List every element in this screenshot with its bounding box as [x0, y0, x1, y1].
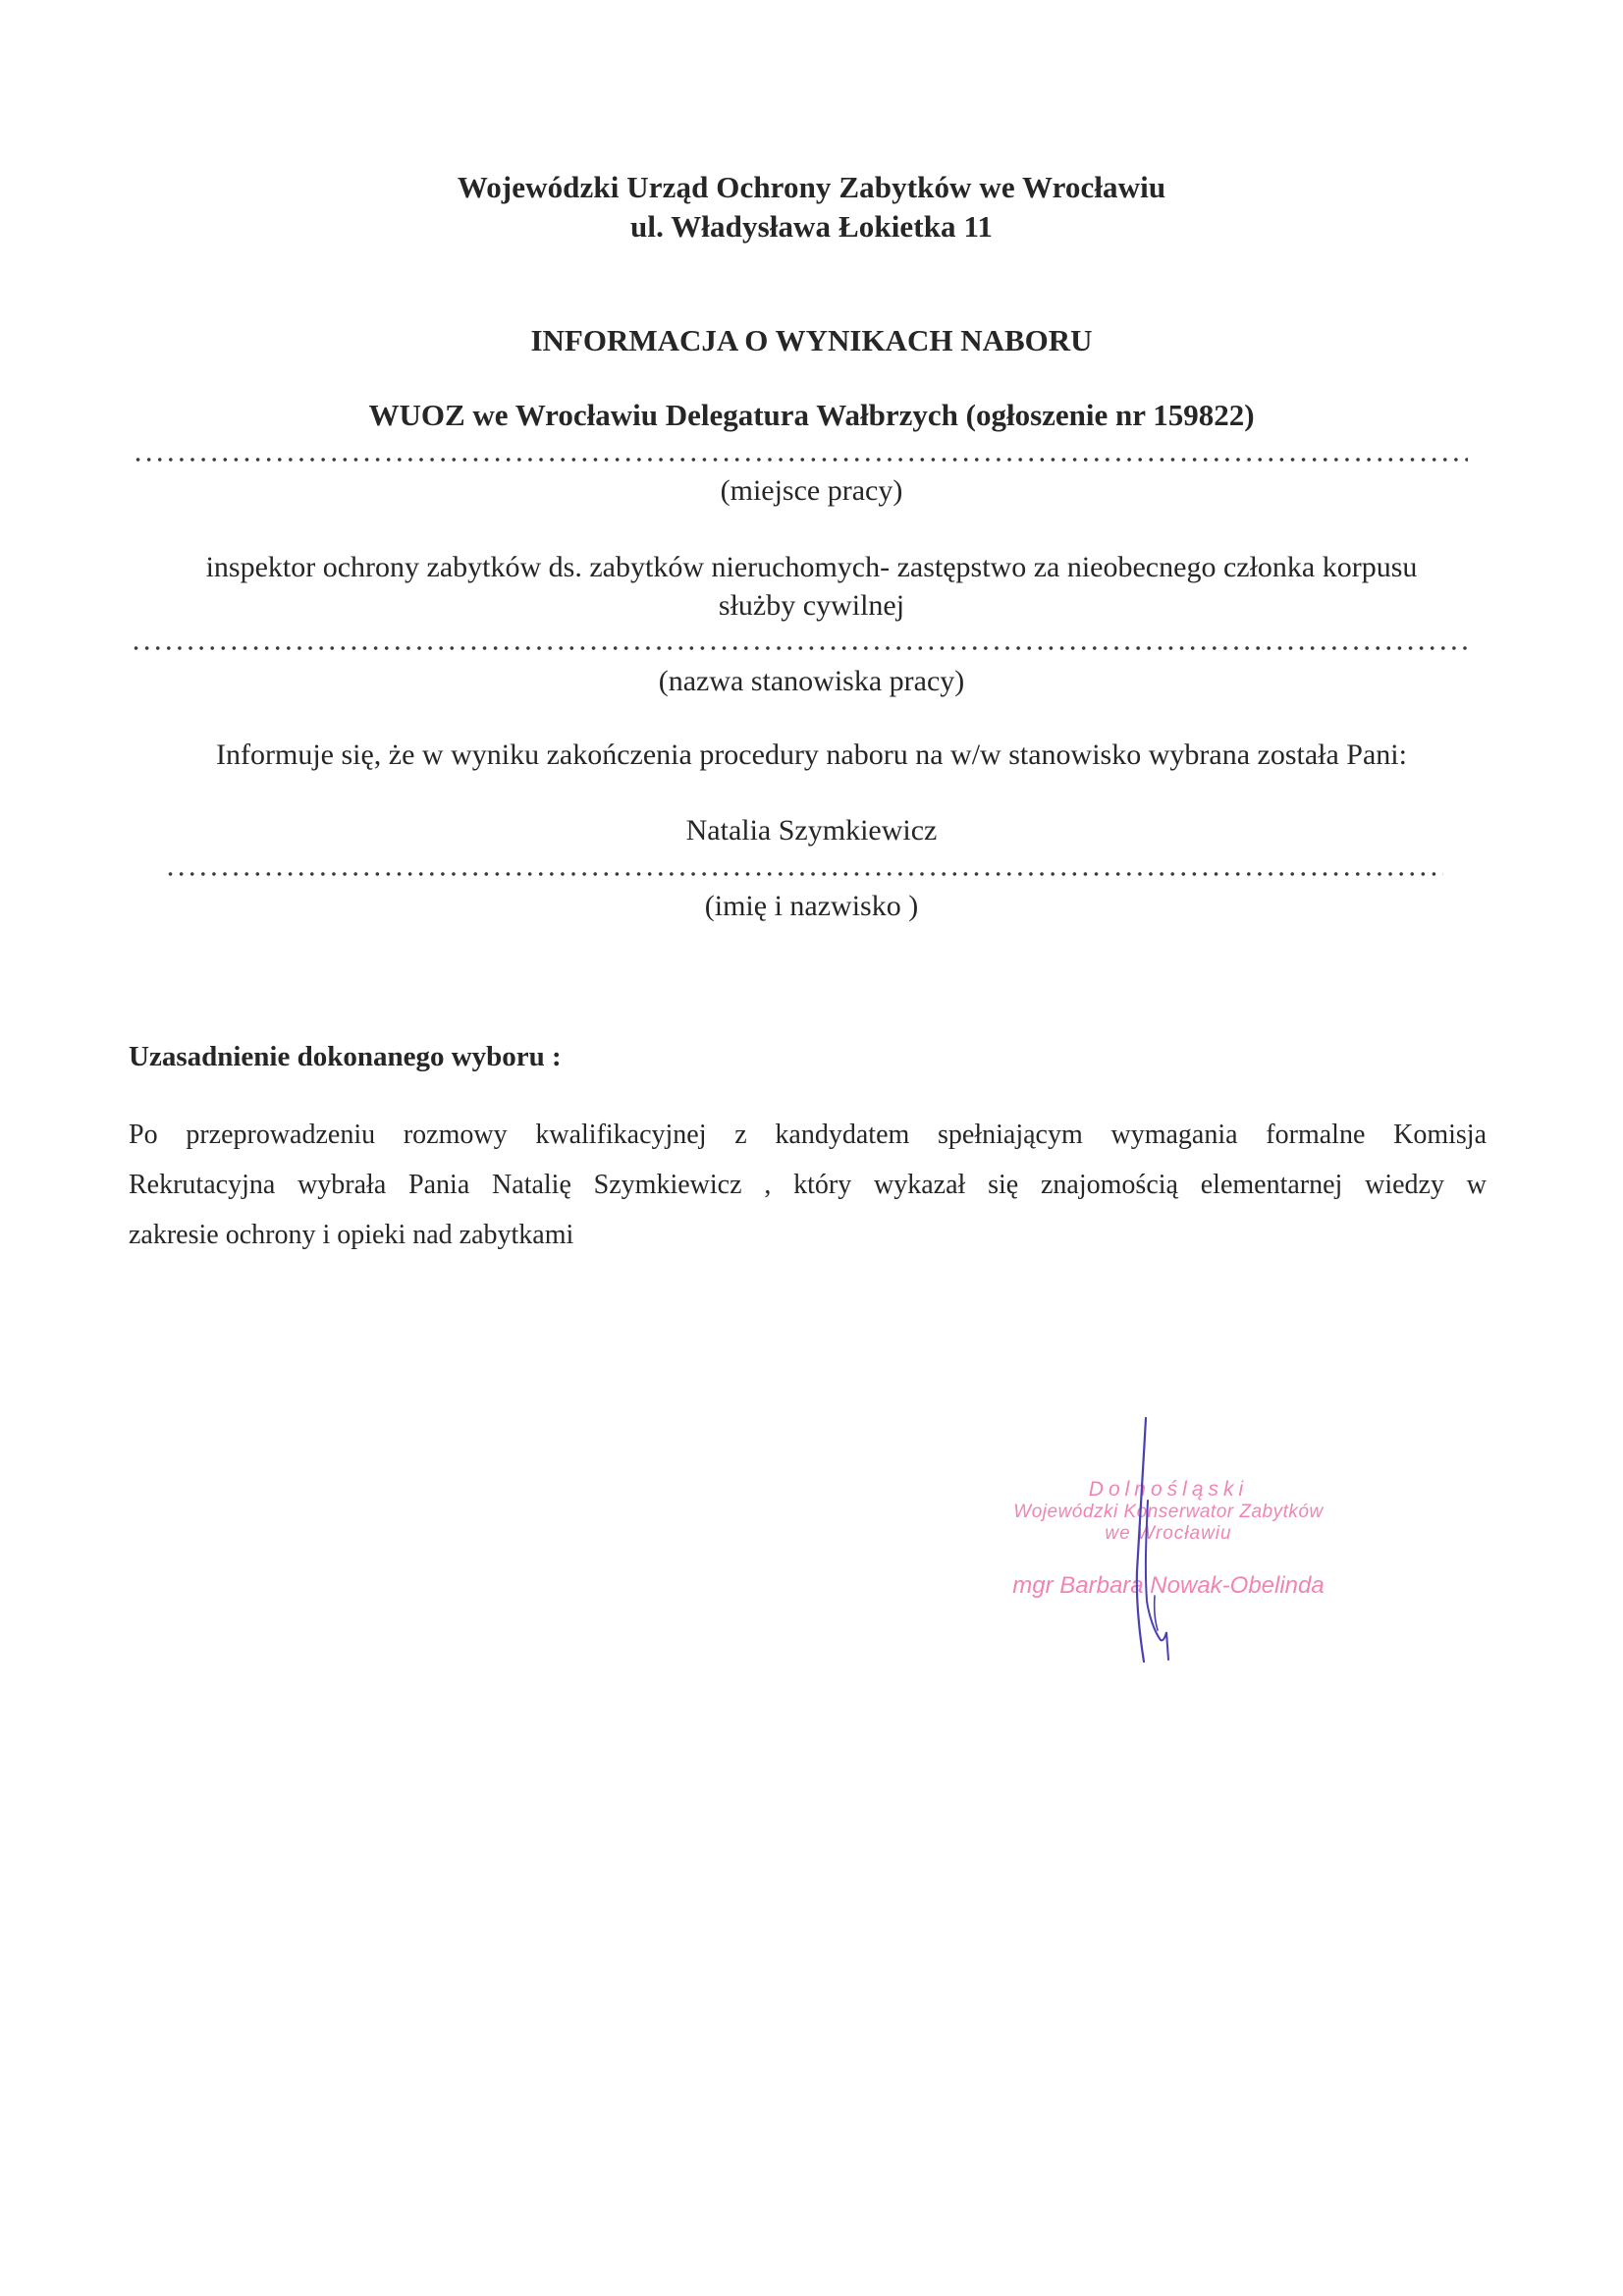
handwritten-signature: [1119, 1414, 1198, 1679]
institution-name: Wojewódzki Urząd Ochrony Zabytków we Wro…: [0, 170, 1623, 205]
position-value-line1: inspektor ochrony zabytków ds. zabytków …: [0, 551, 1623, 584]
position-dotted-line: [131, 646, 1468, 650]
selection-intro: Informuje się, że w wyniku zakończenia p…: [0, 738, 1623, 772]
position-value-line2: służby cywilnej: [0, 589, 1623, 623]
justification-text: Po przeprowadzeniu rozmowy kwalifikacyjn…: [129, 1110, 1487, 1260]
justification-line: zakresie ochrony i opieki nad zabytkami: [129, 1210, 1487, 1260]
justification-line: Rekrutacyjna wybrała Pania Natalię Szymk…: [129, 1160, 1487, 1210]
name-label: (imię i nazwisko ): [0, 890, 1623, 923]
workplace-value: WUOZ we Wrocławiu Delegatura Wałbrzych (…: [0, 398, 1623, 433]
institution-address: ul. Władysława Łokietka 11: [0, 209, 1623, 245]
name-dotted-line: [165, 872, 1443, 876]
justification-heading: Uzasadnienie dokonanego wyboru :: [129, 1041, 562, 1073]
document-title: INFORMACJA O WYNIKACH NABORU: [0, 323, 1623, 358]
workplace-label: (miejsce pracy): [0, 474, 1623, 508]
selected-candidate-name: Natalia Szymkiewicz: [0, 814, 1623, 847]
workplace-dotted-line: [133, 458, 1468, 462]
position-label: (nazwa stanowiska pracy): [0, 665, 1623, 698]
justification-line: Po przeprowadzeniu rozmowy kwalifikacyjn…: [129, 1110, 1487, 1160]
